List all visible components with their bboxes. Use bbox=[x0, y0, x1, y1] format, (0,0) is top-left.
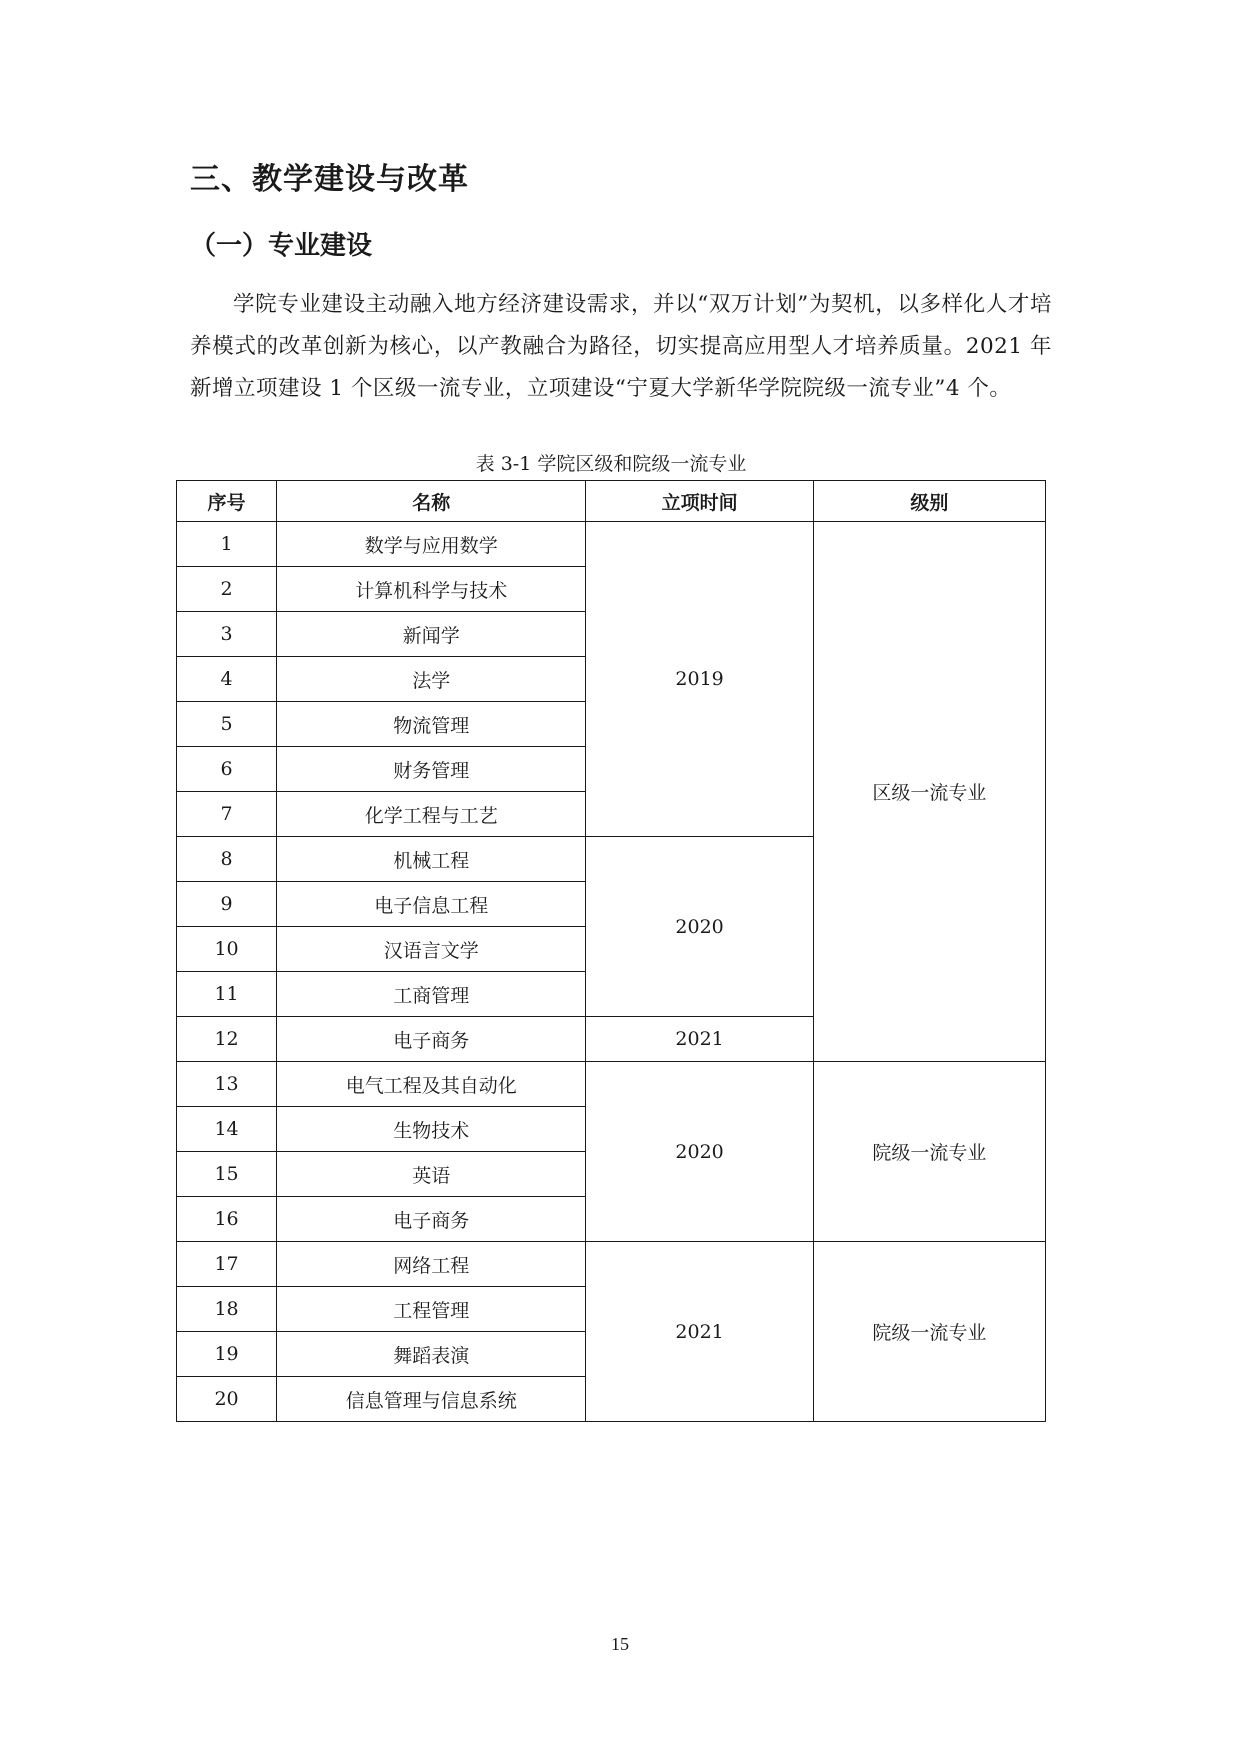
cell-name: 舞蹈表演 bbox=[277, 1332, 586, 1377]
majors-table: 序号 名称 立项时间 级别 1 数学与应用数学 2019 区级一流专业 2 计算… bbox=[176, 480, 1046, 1422]
cell-name: 工商管理 bbox=[277, 972, 586, 1017]
cell-index: 5 bbox=[177, 702, 277, 747]
cell-year-group: 2021 bbox=[586, 1017, 813, 1062]
header-name: 名称 bbox=[277, 481, 586, 522]
header-year: 立项时间 bbox=[586, 481, 813, 522]
cell-name: 法学 bbox=[277, 657, 586, 702]
cell-name: 机械工程 bbox=[277, 837, 586, 882]
cell-name: 信息管理与信息系统 bbox=[277, 1377, 586, 1422]
cell-index: 9 bbox=[177, 882, 277, 927]
cell-name: 化学工程与工艺 bbox=[277, 792, 586, 837]
cell-name: 工程管理 bbox=[277, 1287, 586, 1332]
subsection-heading: （一）专业建设 bbox=[190, 228, 372, 264]
cell-name: 汉语言文学 bbox=[277, 927, 586, 972]
cell-index: 11 bbox=[177, 972, 277, 1017]
table-caption: 表 3-1 学院区级和院级一流专业 bbox=[176, 450, 1046, 478]
page-number: 15 bbox=[0, 1634, 1240, 1655]
table-row: 1 数学与应用数学 2019 区级一流专业 bbox=[177, 522, 1046, 567]
cell-name: 电子商务 bbox=[277, 1017, 586, 1062]
cell-index: 10 bbox=[177, 927, 277, 972]
cell-index: 7 bbox=[177, 792, 277, 837]
table-header-row: 序号 名称 立项时间 级别 bbox=[177, 481, 1046, 522]
cell-year-group: 2019 bbox=[586, 522, 813, 837]
cell-level-group: 院级一流专业 bbox=[813, 1062, 1045, 1242]
cell-index: 19 bbox=[177, 1332, 277, 1377]
cell-index: 4 bbox=[177, 657, 277, 702]
header-level: 级别 bbox=[813, 481, 1045, 522]
cell-index: 12 bbox=[177, 1017, 277, 1062]
cell-year-group: 2020 bbox=[586, 837, 813, 1017]
cell-name: 计算机科学与技术 bbox=[277, 567, 586, 612]
header-index: 序号 bbox=[177, 481, 277, 522]
cell-year-group: 2020 bbox=[586, 1062, 813, 1242]
cell-index: 1 bbox=[177, 522, 277, 567]
cell-index: 13 bbox=[177, 1062, 277, 1107]
cell-name: 生物技术 bbox=[277, 1107, 586, 1152]
body-paragraph: 学院专业建设主动融入地方经济建设需求，并以“双万计划”为契机，以多样化人才培养模… bbox=[190, 284, 1052, 410]
cell-index: 15 bbox=[177, 1152, 277, 1197]
cell-index: 2 bbox=[177, 567, 277, 612]
cell-name: 数学与应用数学 bbox=[277, 522, 586, 567]
cell-index: 14 bbox=[177, 1107, 277, 1152]
cell-index: 17 bbox=[177, 1242, 277, 1287]
section-heading: 三、教学建设与改革 bbox=[190, 160, 469, 200]
cell-name: 网络工程 bbox=[277, 1242, 586, 1287]
table-row: 13 电气工程及其自动化 2020 院级一流专业 bbox=[177, 1062, 1046, 1107]
cell-name: 新闻学 bbox=[277, 612, 586, 657]
cell-name: 物流管理 bbox=[277, 702, 586, 747]
cell-level-group: 院级一流专业 bbox=[813, 1242, 1045, 1422]
cell-index: 8 bbox=[177, 837, 277, 882]
cell-year-group: 2021 bbox=[586, 1242, 813, 1422]
table-row: 17 网络工程 2021 院级一流专业 bbox=[177, 1242, 1046, 1287]
cell-index: 3 bbox=[177, 612, 277, 657]
cell-level-group: 区级一流专业 bbox=[813, 522, 1045, 1062]
cell-name: 电子商务 bbox=[277, 1197, 586, 1242]
cell-index: 16 bbox=[177, 1197, 277, 1242]
cell-name: 电气工程及其自动化 bbox=[277, 1062, 586, 1107]
cell-name: 电子信息工程 bbox=[277, 882, 586, 927]
cell-index: 18 bbox=[177, 1287, 277, 1332]
cell-name: 英语 bbox=[277, 1152, 586, 1197]
cell-index: 6 bbox=[177, 747, 277, 792]
cell-index: 20 bbox=[177, 1377, 277, 1422]
cell-name: 财务管理 bbox=[277, 747, 586, 792]
